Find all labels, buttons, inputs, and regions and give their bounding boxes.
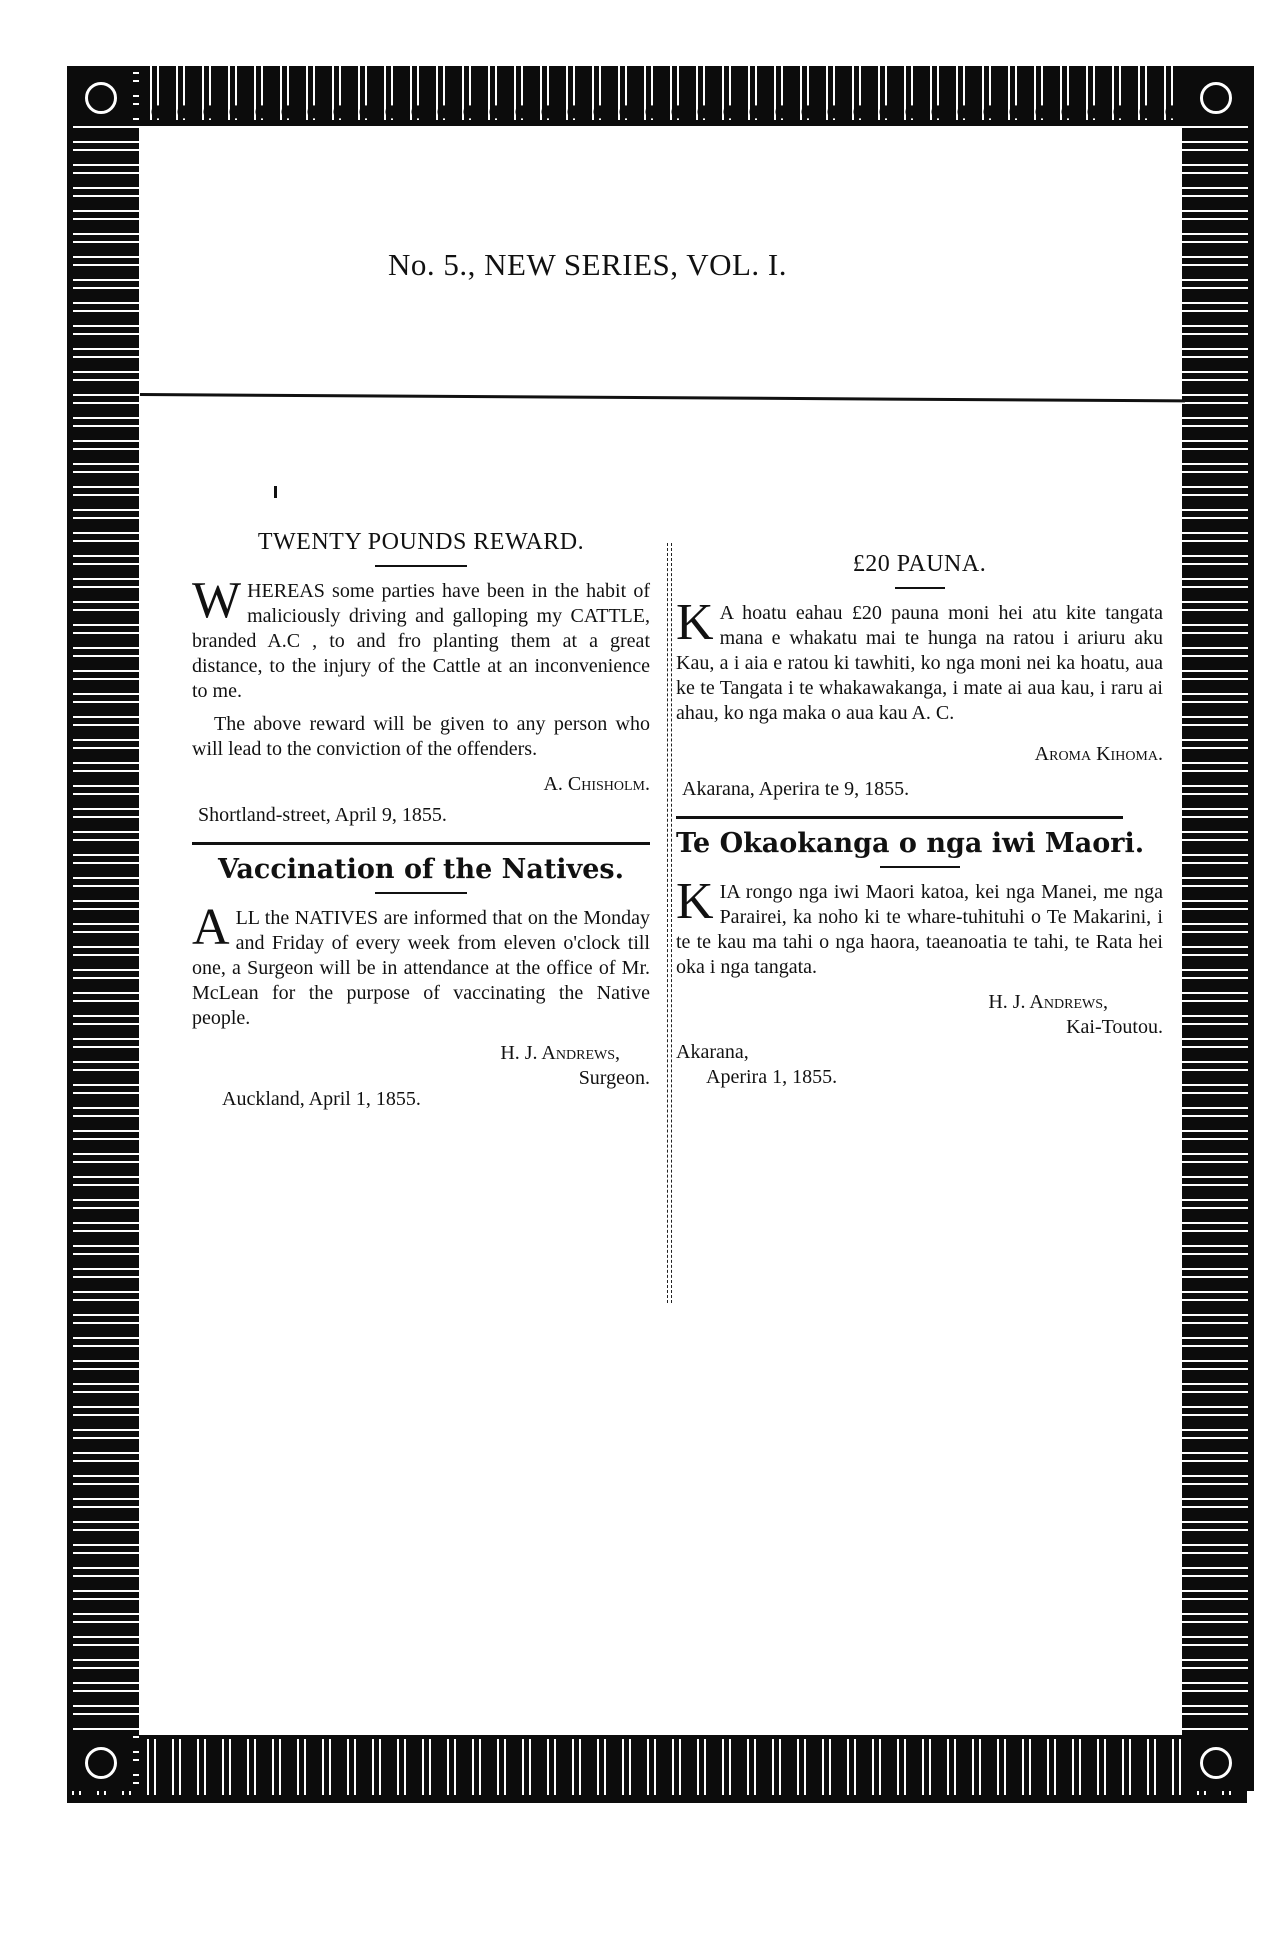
heading-rule <box>375 892 467 894</box>
english-column: TWENTY POUNDS REWARD. WHEREAS some parti… <box>192 530 650 1112</box>
drop-cap: K <box>676 880 714 924</box>
notice-heading: £20 PAUNA. <box>676 552 1163 577</box>
signature-title: Kai-Toutou. <box>676 1015 1163 1040</box>
signature: H. J. Andrews, <box>676 990 1163 1015</box>
place-date: Shortland-street, April 9, 1855. <box>192 803 650 828</box>
signature: H. J. Andrews, <box>192 1041 650 1066</box>
drop-cap: K <box>676 601 714 645</box>
section-rule <box>676 816 1123 819</box>
column-divider <box>667 543 672 1303</box>
notice-heading: Te Okaokanga o nga iwi Maori. <box>676 831 1163 856</box>
corner-ornament-icon <box>67 66 133 126</box>
heading-rule <box>895 587 945 589</box>
ornamental-border-bottom <box>67 1735 1247 1803</box>
heading-rule <box>880 866 960 868</box>
notice-paragraph: WHEREAS some parties have been in the ha… <box>192 579 650 704</box>
reward-notice-maori: £20 PAUNA. KA hoatu eahau £20 pauna moni… <box>676 552 1163 802</box>
signature: Aroma Kihoma. <box>676 742 1163 767</box>
place: Akarana, <box>676 1040 1163 1065</box>
drop-cap: A <box>192 906 230 950</box>
notice-paragraph: The above reward will be given to any pe… <box>192 712 650 762</box>
place-date: Akarana, Aperira te 9, 1855. <box>676 777 1163 802</box>
heading-rule <box>375 565 467 567</box>
signature: A. Chisholm. <box>192 772 650 797</box>
ornamental-border-top <box>67 66 1247 126</box>
notice-paragraph: ALL the NATIVES are informed that on the… <box>192 906 650 1031</box>
ornamental-border-left <box>67 66 139 1791</box>
corner-ornament-icon <box>67 1731 133 1791</box>
header-rule <box>140 393 1185 402</box>
reward-notice-english: TWENTY POUNDS REWARD. WHEREAS some parti… <box>192 530 650 828</box>
maori-column: £20 PAUNA. KA hoatu eahau £20 pauna moni… <box>676 552 1163 1090</box>
ink-speck <box>274 486 277 498</box>
issue-line: No. 5., NEW SERIES, VOL. I. <box>388 247 787 283</box>
corner-ornament-icon <box>1182 1731 1248 1791</box>
ornamental-border-right <box>1182 66 1254 1791</box>
drop-cap: W <box>192 579 241 623</box>
vaccination-notice-english: Vaccination of the Natives. ALL the NATI… <box>192 857 650 1112</box>
corner-ornament-icon <box>1182 66 1248 126</box>
section-rule <box>192 842 650 845</box>
notice-paragraph: KIA rongo nga iwi Maori katoa, kei nga M… <box>676 880 1163 980</box>
notice-paragraph: KA hoatu eahau £20 pauna moni hei atu ki… <box>676 601 1163 726</box>
notice-heading: TWENTY POUNDS REWARD. <box>192 530 650 555</box>
notice-heading: Vaccination of the Natives. <box>192 857 650 882</box>
date: Aperira 1, 1855. <box>676 1065 1163 1090</box>
vaccination-notice-maori: Te Okaokanga o nga iwi Maori. KIA rongo … <box>676 831 1163 1090</box>
